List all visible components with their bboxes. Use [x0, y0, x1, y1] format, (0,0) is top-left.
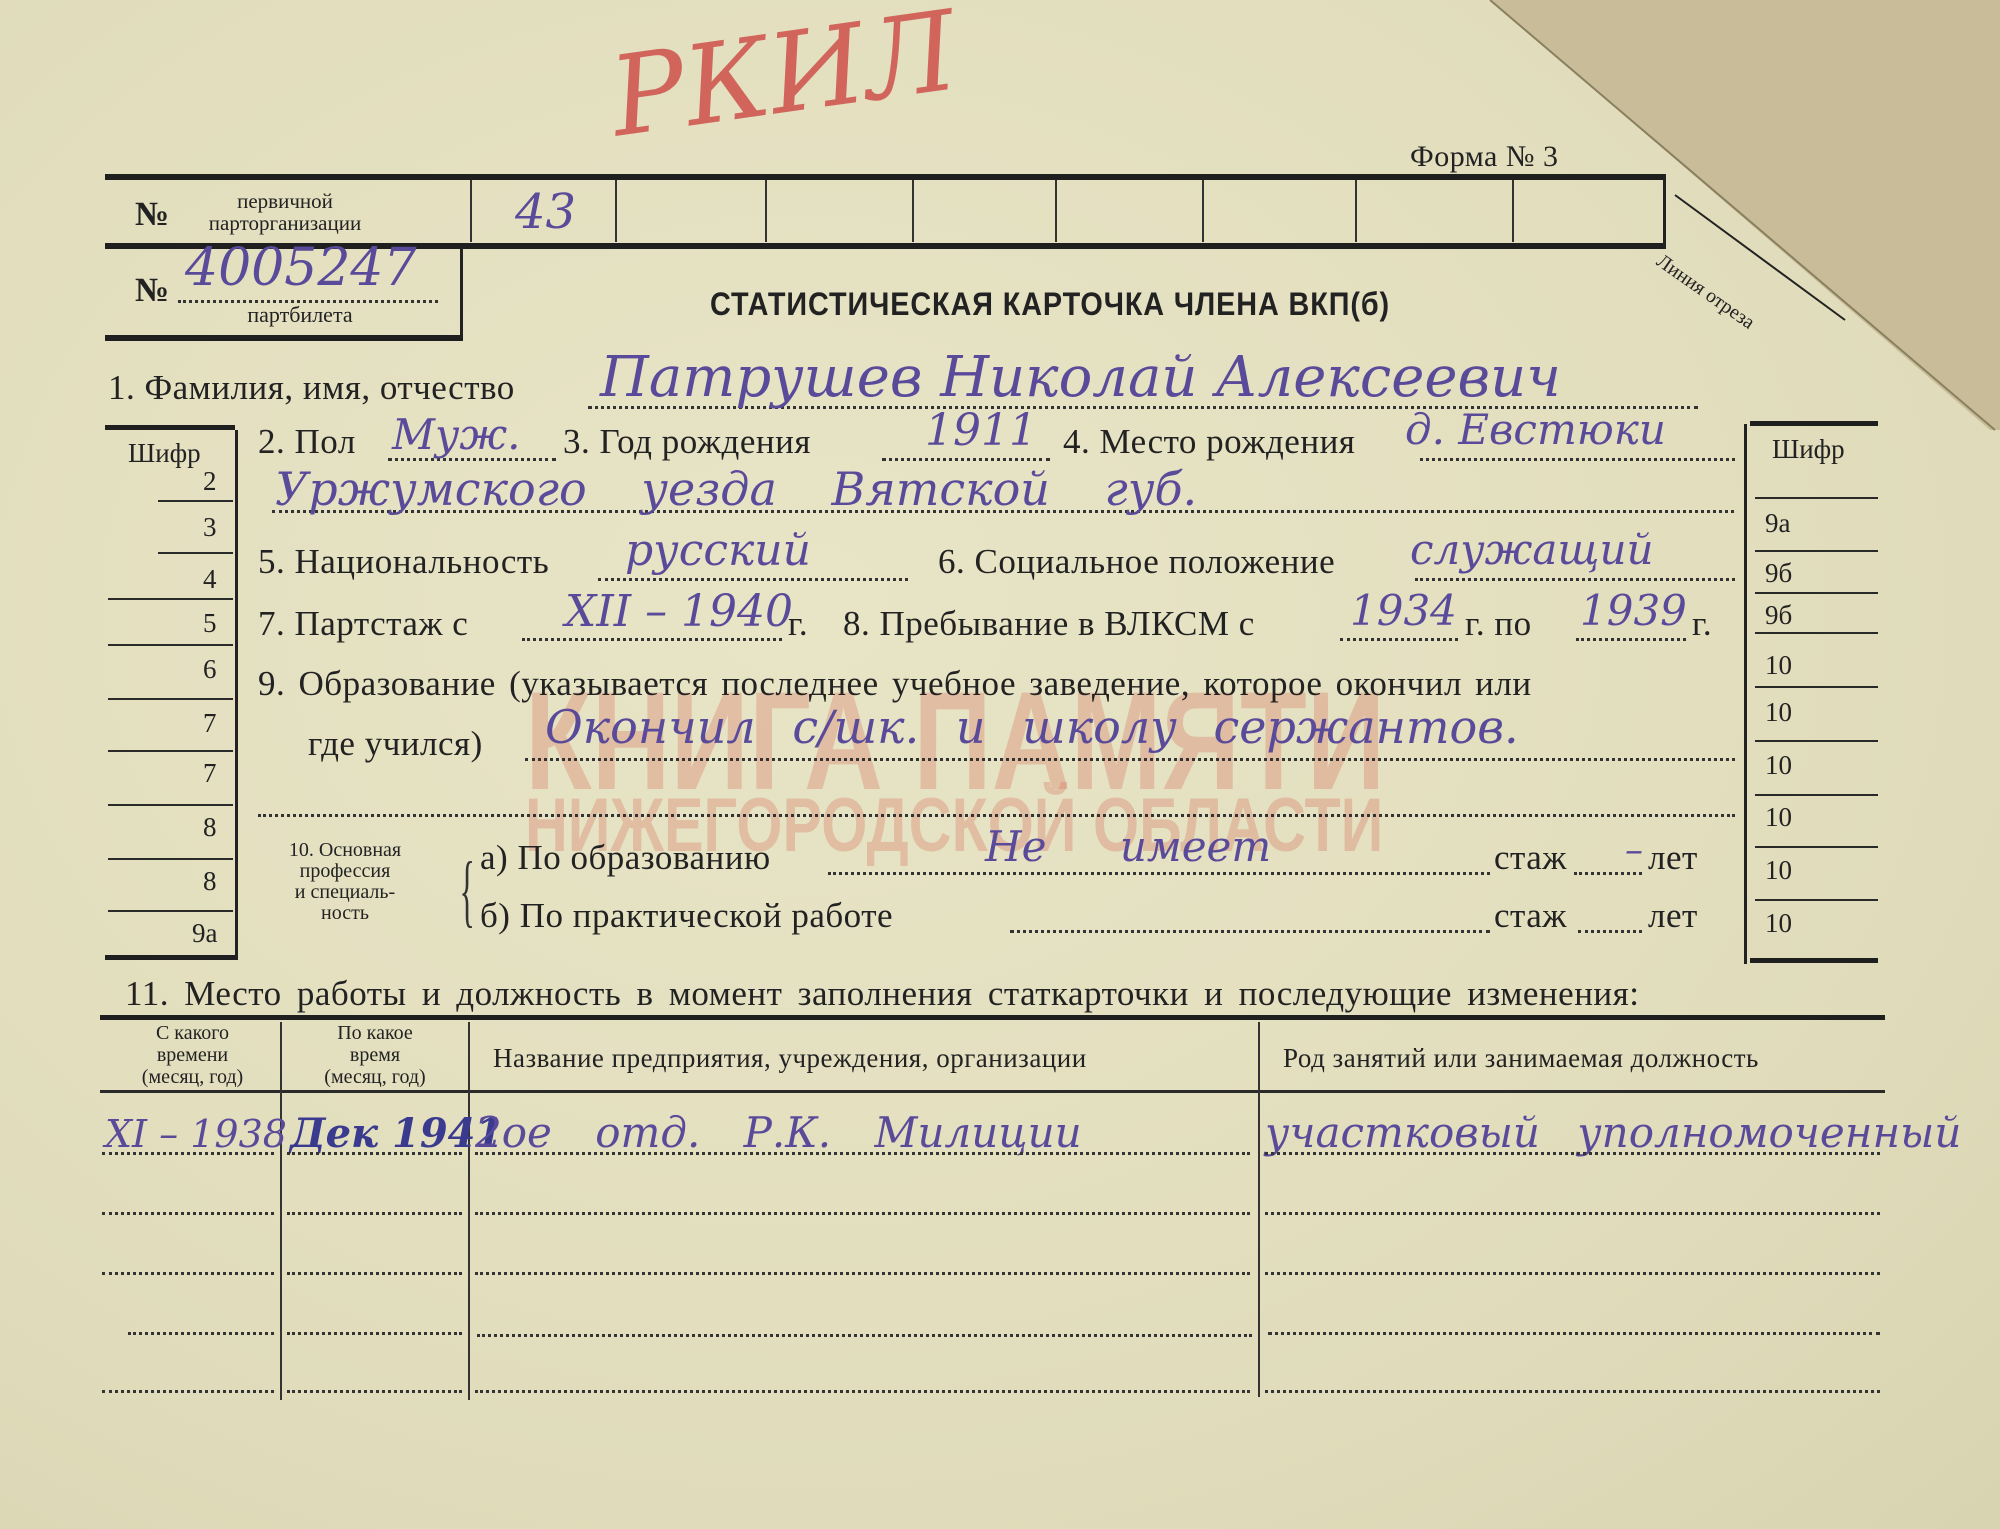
field-10b-years: лет	[1648, 896, 1698, 936]
field-3-label: 3. Год рождения	[563, 422, 811, 462]
left-shifr-rule	[108, 858, 233, 860]
field-7-suffix: г.	[788, 604, 808, 644]
work-row-line	[477, 1334, 1252, 1337]
left-shifr-rule	[158, 552, 233, 554]
header-right-edge	[1663, 174, 1666, 249]
work-row-line	[128, 1332, 274, 1335]
header-from-l2: времени	[105, 1044, 280, 1066]
field-7-party-since[interactable]: XII – 1940	[565, 586, 793, 637]
work-row-line	[287, 1212, 462, 1215]
work-row-line	[1265, 1272, 1880, 1275]
work-row-line	[1265, 1152, 1880, 1155]
right-shifr-rule	[1755, 497, 1878, 499]
work-row-1-to[interactable]: Дек 1941	[290, 1110, 503, 1157]
work-row-1-org[interactable]: 2ое отд. Р.К. Милиции	[475, 1108, 1082, 1157]
right-shifr-code: 10	[1765, 750, 1792, 781]
field-9-line2	[258, 814, 1735, 817]
field-6-social-status[interactable]: служащий	[1410, 525, 1654, 574]
cut-line	[1670, 190, 1870, 330]
field-10-label-l3: и специаль-	[265, 882, 425, 903]
field-7-label: 7. Партстаж с	[258, 604, 468, 644]
field-4-line	[1420, 458, 1735, 461]
header-cell-divider	[765, 180, 767, 242]
right-shifr-rule	[1755, 592, 1878, 594]
field-11-label: 11. Место работы и должность в момент за…	[125, 974, 1640, 1014]
field-8-suffix: г.	[1692, 604, 1712, 644]
work-table-header-from: С какого времени (месяц, год)	[105, 1022, 280, 1088]
ticket-number-value[interactable]: 4005247	[185, 238, 417, 298]
org-number-value[interactable]: 43	[515, 184, 576, 240]
work-table-top-rule	[100, 1015, 1885, 1020]
work-table-header-to: По какое время (месяц, год)	[282, 1022, 468, 1088]
work-row-line	[475, 1152, 1250, 1155]
right-shifr-divider	[1744, 424, 1747, 964]
left-shifr-rule	[108, 804, 233, 806]
header-cell-divider	[1512, 180, 1514, 242]
right-shifr-code: 9а	[1765, 508, 1790, 539]
right-shifr-rule	[1755, 846, 1878, 848]
org-label-line2: парторганизации	[185, 212, 385, 234]
right-shifr-code: 10	[1765, 802, 1792, 833]
field-10a-label: а) По образованию	[480, 838, 771, 878]
left-shifr-bottom-rule	[105, 955, 235, 960]
right-shifr-code: 10	[1765, 855, 1792, 886]
field-10-brace: {	[460, 846, 475, 937]
header-cell-divider	[1202, 180, 1204, 242]
field-10-label-l2: профессия	[265, 861, 425, 882]
left-shifr-code: 7	[203, 758, 217, 789]
field-8-mid: г. по	[1465, 604, 1532, 644]
left-shifr-divider	[235, 430, 238, 960]
left-shifr-code: 8	[203, 812, 217, 843]
field-10b-stazh-line	[1578, 930, 1642, 933]
header-cell-divider	[615, 180, 617, 242]
field-10-label-l4: ность	[265, 903, 425, 924]
org-label-line1: первичной	[185, 190, 385, 212]
field-10b-label: б) По практической работе	[480, 896, 893, 936]
left-shifr-rule	[158, 500, 233, 502]
field-10-label-l1: 10. Основная	[265, 840, 425, 861]
right-shifr-rule	[1755, 632, 1878, 634]
field-3-birth-year[interactable]: 1911	[925, 405, 1037, 456]
header-cell-divider	[1355, 180, 1357, 242]
field-3-line	[882, 458, 1050, 461]
left-shifr-rule	[108, 644, 233, 646]
field-1-label: 1. Фамилия, имя, отчество	[108, 368, 515, 408]
field-10a-stazh-line	[1574, 872, 1642, 875]
field-5-nationality[interactable]: русский	[625, 525, 811, 576]
right-shifr-top-rule	[1750, 421, 1878, 426]
org-label: первичной парторганизации	[185, 190, 385, 234]
work-row-line	[102, 1212, 274, 1215]
field-10a-by-education[interactable]: Не имеет	[985, 822, 1271, 871]
left-shifr-top-rule	[105, 425, 235, 430]
left-shifr-code: 7	[203, 708, 217, 739]
work-row-line	[475, 1390, 1250, 1393]
work-row-line	[475, 1212, 1250, 1215]
right-shifr-code: 10	[1765, 650, 1792, 681]
header-cell-divider	[1055, 180, 1057, 242]
work-row-line	[287, 1272, 462, 1275]
work-row-line	[102, 1390, 274, 1393]
left-shifr-code: 2	[203, 466, 217, 497]
header-from-l1: С какого	[105, 1022, 280, 1044]
work-row-1-from[interactable]: XI – 1938	[105, 1112, 287, 1156]
field-9-education[interactable]: Окончил с/шк. и школу сержантов.	[545, 700, 1519, 754]
field-1-full-name[interactable]: Патрушев Николай Алексеевич	[600, 345, 1561, 410]
field-10b-stazh-label: стаж	[1494, 896, 1567, 936]
field-9-label-line2: где учился)	[308, 724, 483, 764]
left-shifr-rule	[108, 750, 233, 752]
field-2-sex[interactable]: Муж.	[392, 410, 520, 459]
left-shifr-code: 6	[203, 654, 217, 685]
work-row-line	[1265, 1212, 1880, 1215]
field-6-label: 6. Социальное положение	[938, 542, 1335, 582]
left-shifr-rule	[108, 598, 233, 600]
field-10a-stazh-value[interactable]: –	[1625, 830, 1643, 871]
left-shifr-rule	[108, 910, 233, 912]
right-shifr-code: 9б	[1765, 600, 1792, 631]
work-table-header-rule	[100, 1090, 1885, 1093]
left-shifr-code: 4	[203, 564, 217, 595]
field-10a-stazh-label: стаж	[1494, 838, 1567, 878]
field-5-line	[598, 578, 908, 581]
right-shifr-rule	[1755, 899, 1878, 901]
field-7-line	[522, 638, 782, 641]
left-shifr-rule	[108, 698, 233, 700]
work-row-line	[1265, 1390, 1880, 1393]
field-8-komsomol-from[interactable]: 1934	[1350, 586, 1457, 635]
field-9-line	[525, 758, 1735, 761]
right-shifr-rule	[1755, 550, 1878, 552]
right-shifr-rule	[1755, 740, 1878, 742]
header-top-rule	[105, 174, 1665, 180]
work-row-line	[1268, 1332, 1880, 1335]
right-shifr-code: 9б	[1765, 558, 1792, 589]
header-to-l1: По какое	[282, 1022, 468, 1044]
ticket-label: партбилета	[220, 304, 380, 326]
header-cell-divider	[470, 180, 472, 242]
ticket-box-bottom	[105, 335, 463, 341]
field-6-line	[1415, 578, 1735, 581]
field-8-label: 8. Пребывание в ВЛКСМ с	[843, 604, 1255, 644]
document-title: СТАТИСТИЧЕСКАЯ КАРТОЧКА ЧЛЕНА ВКП(б)	[710, 286, 1390, 323]
header-cell-divider	[912, 180, 914, 242]
work-row-line	[102, 1152, 274, 1155]
field-9-label-line1: 9. Образование (указывается последнее уч…	[258, 664, 1532, 704]
org-number-symbol: №	[135, 196, 169, 234]
work-table-header-org: Название предприятия, учреждения, органи…	[493, 1043, 1087, 1074]
ticket-number-symbol: №	[135, 272, 169, 310]
work-table-col-divider	[1258, 1022, 1260, 1397]
field-8-komsomol-to[interactable]: 1939	[1580, 586, 1687, 635]
right-shifr-header: Шифр	[1772, 434, 1845, 465]
work-table-header-position: Род занятий или занимаемая должность	[1283, 1043, 1759, 1074]
work-row-line	[287, 1390, 462, 1393]
right-shifr-rule	[1755, 794, 1878, 796]
field-10a-years: лет	[1648, 838, 1698, 878]
form-number: Форма № 3	[1410, 140, 1558, 174]
left-shifr-code: 8	[203, 866, 217, 897]
left-shifr-code: 5	[203, 608, 217, 639]
left-shifr-header: Шифр	[128, 438, 201, 469]
header-to-l2: время	[282, 1044, 468, 1066]
right-shifr-code: 10	[1765, 697, 1792, 728]
field-4-birthplace[interactable]: д. Евстюки	[1405, 405, 1666, 454]
field-5-label: 5. Национальность	[258, 542, 549, 582]
work-table-col-divider	[468, 1022, 470, 1400]
right-shifr-rule	[1755, 686, 1878, 688]
field-2-label: 2. Пол	[258, 422, 356, 462]
right-shifr-bottom-rule	[1750, 958, 1878, 963]
field-8-to-line	[1576, 638, 1686, 641]
field-8-from-line	[1340, 638, 1458, 641]
work-row-line	[287, 1332, 462, 1335]
left-shifr-code: 3	[203, 512, 217, 543]
work-row-1-position[interactable]: участковый уполномоченный	[1265, 1108, 1961, 1157]
field-10-label: 10. Основная профессия и специаль- ность	[265, 840, 425, 924]
field-4-birthplace-line2[interactable]: Уржумского уезда Вятской губ.	[275, 462, 1197, 516]
field-10b-line	[1010, 930, 1490, 933]
header-from-l3: (месяц, год)	[105, 1066, 280, 1088]
field-10a-line	[828, 872, 1490, 875]
ticket-box-right	[460, 248, 463, 340]
left-shifr-code: 9а	[192, 918, 217, 949]
header-to-l3: (месяц, год)	[282, 1066, 468, 1088]
work-row-line	[102, 1272, 274, 1275]
right-shifr-code: 10	[1765, 908, 1792, 939]
work-row-line	[287, 1152, 462, 1155]
work-row-line	[475, 1272, 1250, 1275]
field-4-label: 4. Место рождения	[1063, 422, 1355, 462]
